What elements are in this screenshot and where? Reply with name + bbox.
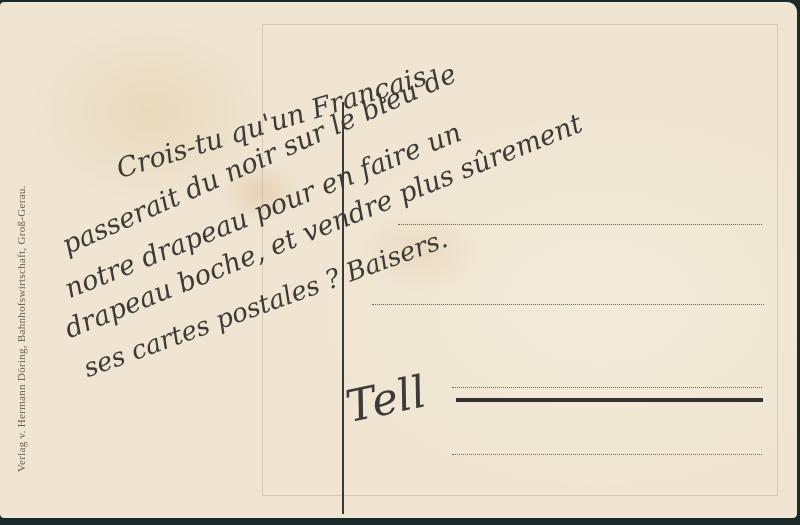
- address-line-4: [452, 454, 762, 455]
- address-underline-bold: [456, 398, 763, 402]
- address-line-1: [398, 224, 762, 225]
- postcard-back: Verlag v. Hermann Döring, Bahnhofswirtsc…: [0, 2, 797, 518]
- publisher-imprint: Verlag v. Hermann Döring, Bahnhofswirtsc…: [16, 185, 28, 472]
- address-line-3: [452, 387, 762, 388]
- address-line-2: [372, 304, 764, 305]
